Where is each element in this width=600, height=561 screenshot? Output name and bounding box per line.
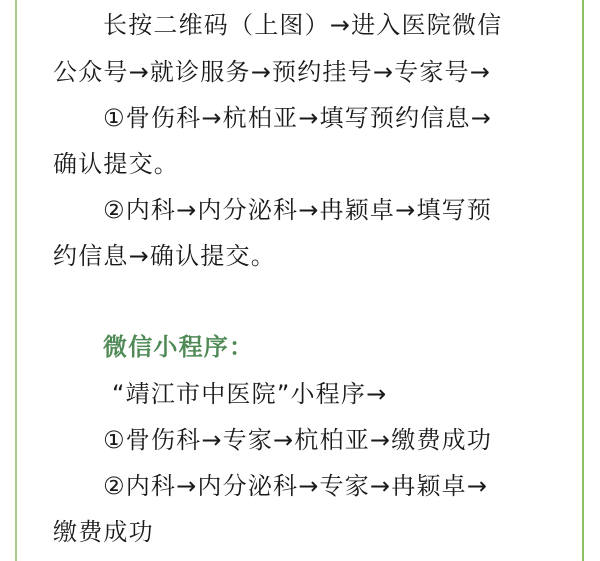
text-line: ①骨伤科→杭柏亚→填写预约信息→: [103, 103, 492, 133]
text-line: 公众号→就诊服务→预约挂号→专家号→: [53, 57, 491, 87]
text-line: ②内科→内分泌科→专家→冉颖卓→: [103, 471, 488, 501]
text-line: “靖江市中医院”小程序→: [112, 379, 387, 409]
section-heading-mini-program: 微信小程序：: [103, 332, 254, 362]
text-line: 确认提交。: [53, 149, 179, 179]
text-line: 约信息→确认提交。: [53, 241, 276, 271]
text-line: 长按二维码（上图）→进入医院微信: [103, 10, 502, 40]
text-line: 缴费成功: [53, 517, 154, 547]
text-line: ①骨伤科→专家→杭柏亚→缴费成功: [103, 425, 492, 455]
text-line: ②内科→内分泌科→冉颖卓→填写预: [103, 195, 492, 225]
